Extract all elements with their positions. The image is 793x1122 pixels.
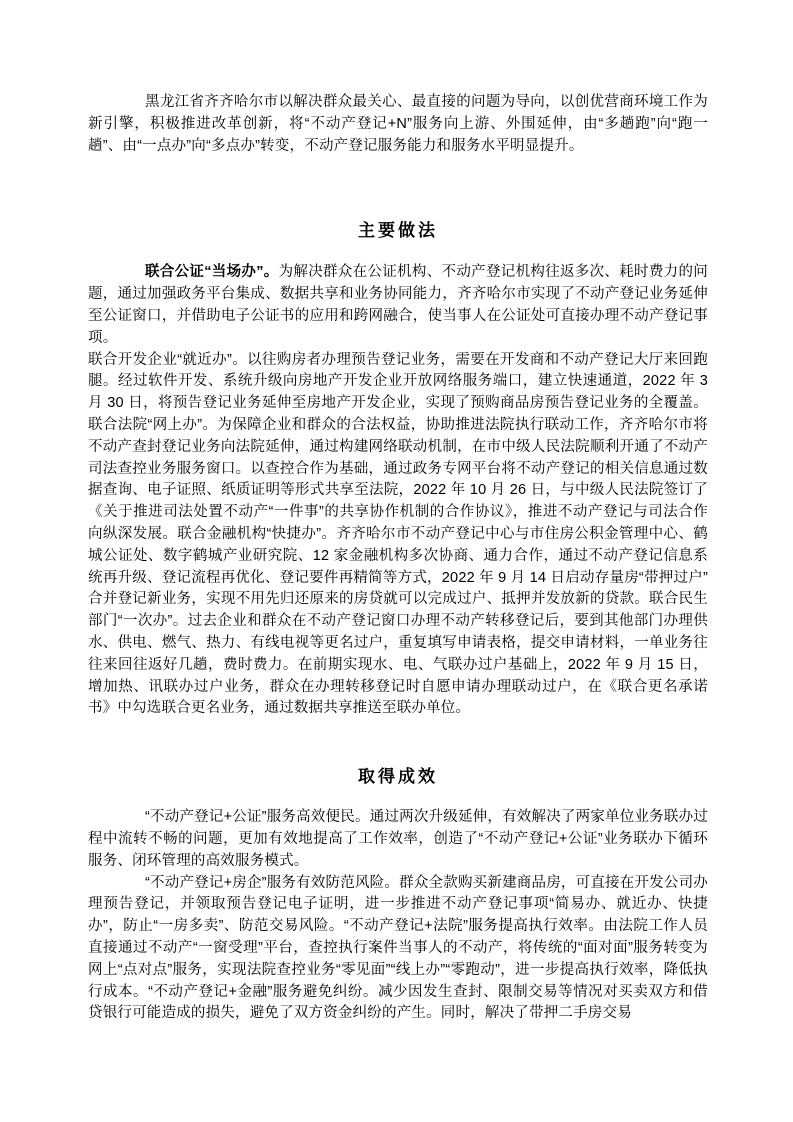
section-heading-achievements: 取得成效 bbox=[88, 765, 708, 789]
intro-paragraph: 黑龙江省齐齐哈尔市以解决群众最关心、最直接的问题为导向，以创优营商环境工作为新引… bbox=[88, 92, 708, 157]
section-heading-main-practices: 主要做法 bbox=[88, 219, 708, 243]
document-page: 黑龙江省齐齐哈尔市以解决群众最关心、最直接的问题为导向，以创优营商环境工作为新引… bbox=[0, 0, 793, 1025]
paragraph-joint-notary: 联合公证“当场办”。为解决群众在公证机构、不动产登记机构往返多次、耗时费力的问题… bbox=[88, 262, 708, 349]
paragraph-notary-results: “不动产登记+公证”服务高效便民。通过两次升级延伸，有效解决了两家单位业务联办过… bbox=[88, 807, 708, 872]
paragraph-service-results: “不动产登记+房企”服务有效防范风险。群众全款购买新建商品房，可直接在开发公司办… bbox=[88, 873, 708, 1026]
paragraph-bold-lead: 联合公证“当场办”。 bbox=[145, 264, 279, 280]
paragraph-joint-programs: 联合开发企业“就近办”。以往购房者办理预告登记业务，需要在开发商和不动产登记大厅… bbox=[88, 350, 708, 721]
